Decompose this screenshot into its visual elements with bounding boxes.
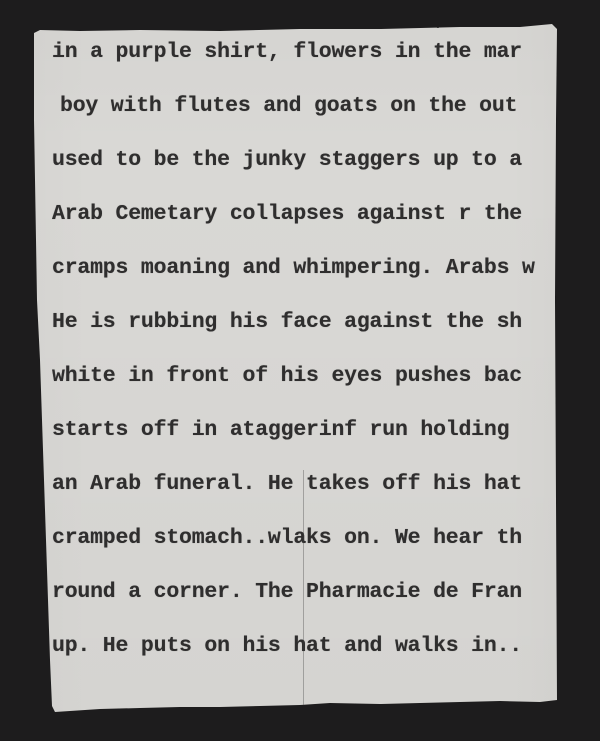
- text-line-1: in a purple shirt, flowers in the mar: [52, 39, 555, 65]
- text-line-3: used to be the junky staggers up to a: [52, 147, 555, 173]
- text-line-6: He is rubbing his face against the sh: [52, 309, 555, 335]
- cut-off-top-line: ped he is sagging in the wind, a: [60, 14, 555, 32]
- text-line-8: starts off in ataggerinf run holding: [52, 417, 555, 443]
- paper-fold-crease: [303, 470, 304, 705]
- typewritten-paper-fragment: ped he is sagging in the wind, a in a pu…: [0, 0, 600, 741]
- scan-background: ped he is sagging in the wind, a in a pu…: [0, 0, 600, 741]
- text-line-4: Arab Cemetary collapses against r the: [52, 201, 555, 227]
- cut-off-top-text: ped he is sagging in the wind, a: [60, 14, 473, 32]
- text-line-5: cramps moaning and whimpering. Arabs w: [52, 255, 555, 281]
- text-line-7: white in front of his eyes pushes bac: [52, 363, 555, 389]
- text-line-2: boy with flutes and goats on the out: [60, 93, 563, 119]
